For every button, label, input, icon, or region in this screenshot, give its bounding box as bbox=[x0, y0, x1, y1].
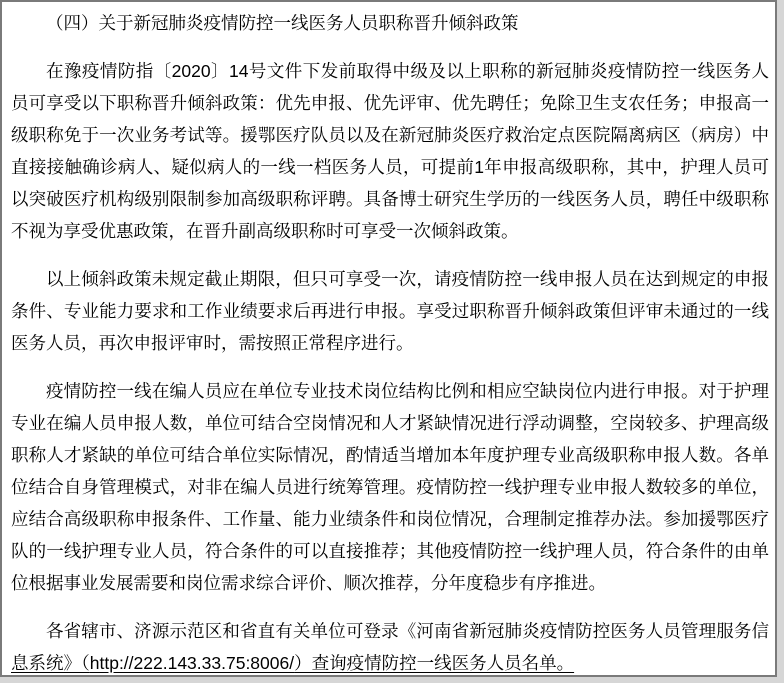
para-tilt-policy-details: 在豫疫情防指〔2020〕14号文件下发前取得中级及以上职称的新冠肺炎疫情防控一线… bbox=[11, 55, 769, 247]
text-segment: 疫情防控一线在编人员应在单位专业技术岗位结构比例和相应空缺岗位内进行申报。对于护… bbox=[11, 381, 769, 593]
text-segment: 以上倾斜政策未规定截止期限，但只可享受一次，请疫情防控一线申报人员在达到规定的申… bbox=[11, 269, 769, 353]
document-page: （四）关于新冠肺炎疫情防控一线医务人员职称晋升倾斜政策 在豫疫情防指〔2020〕… bbox=[0, 0, 777, 677]
document-url-link[interactable]: http://222.143.33.75:8006/ bbox=[90, 653, 294, 673]
para-one-time-policy: 以上倾斜政策未规定截止期限，但只可享受一次，请疫情防控一线申报人员在达到规定的申… bbox=[11, 263, 769, 359]
text-segment: 息系统》（ bbox=[11, 653, 90, 673]
document-content: （四）关于新冠肺炎疫情防控一线医务人员职称晋升倾斜政策 在豫疫情防指〔2020〕… bbox=[2, 2, 775, 677]
para-quota-management: 疫情防控一线在编人员应在单位专业技术岗位结构比例和相应空缺岗位内进行申报。对于护… bbox=[11, 375, 769, 599]
para-query-system: 各省辖市、济源示范区和省直有关单位可登录《河南省新冠肺炎疫情防控医务人员管理服务… bbox=[11, 615, 769, 677]
text-segment: 在豫疫情防指〔2020〕14号文件下发前取得中级及以上职称的新冠肺炎疫情防控一线… bbox=[11, 61, 769, 241]
text-segment: ）查询疫情防控一线医务人员名单。 bbox=[294, 653, 574, 673]
text-segment: 各省辖市、济源示范区和省直有关单位可登录《河南省新冠肺炎疫情防控医务人员管理服务… bbox=[46, 621, 769, 641]
document-body: 在豫疫情防指〔2020〕14号文件下发前取得中级及以上职称的新冠肺炎疫情防控一线… bbox=[11, 55, 769, 677]
section-heading: （四）关于新冠肺炎疫情防控一线医务人员职称晋升倾斜政策 bbox=[11, 7, 769, 39]
